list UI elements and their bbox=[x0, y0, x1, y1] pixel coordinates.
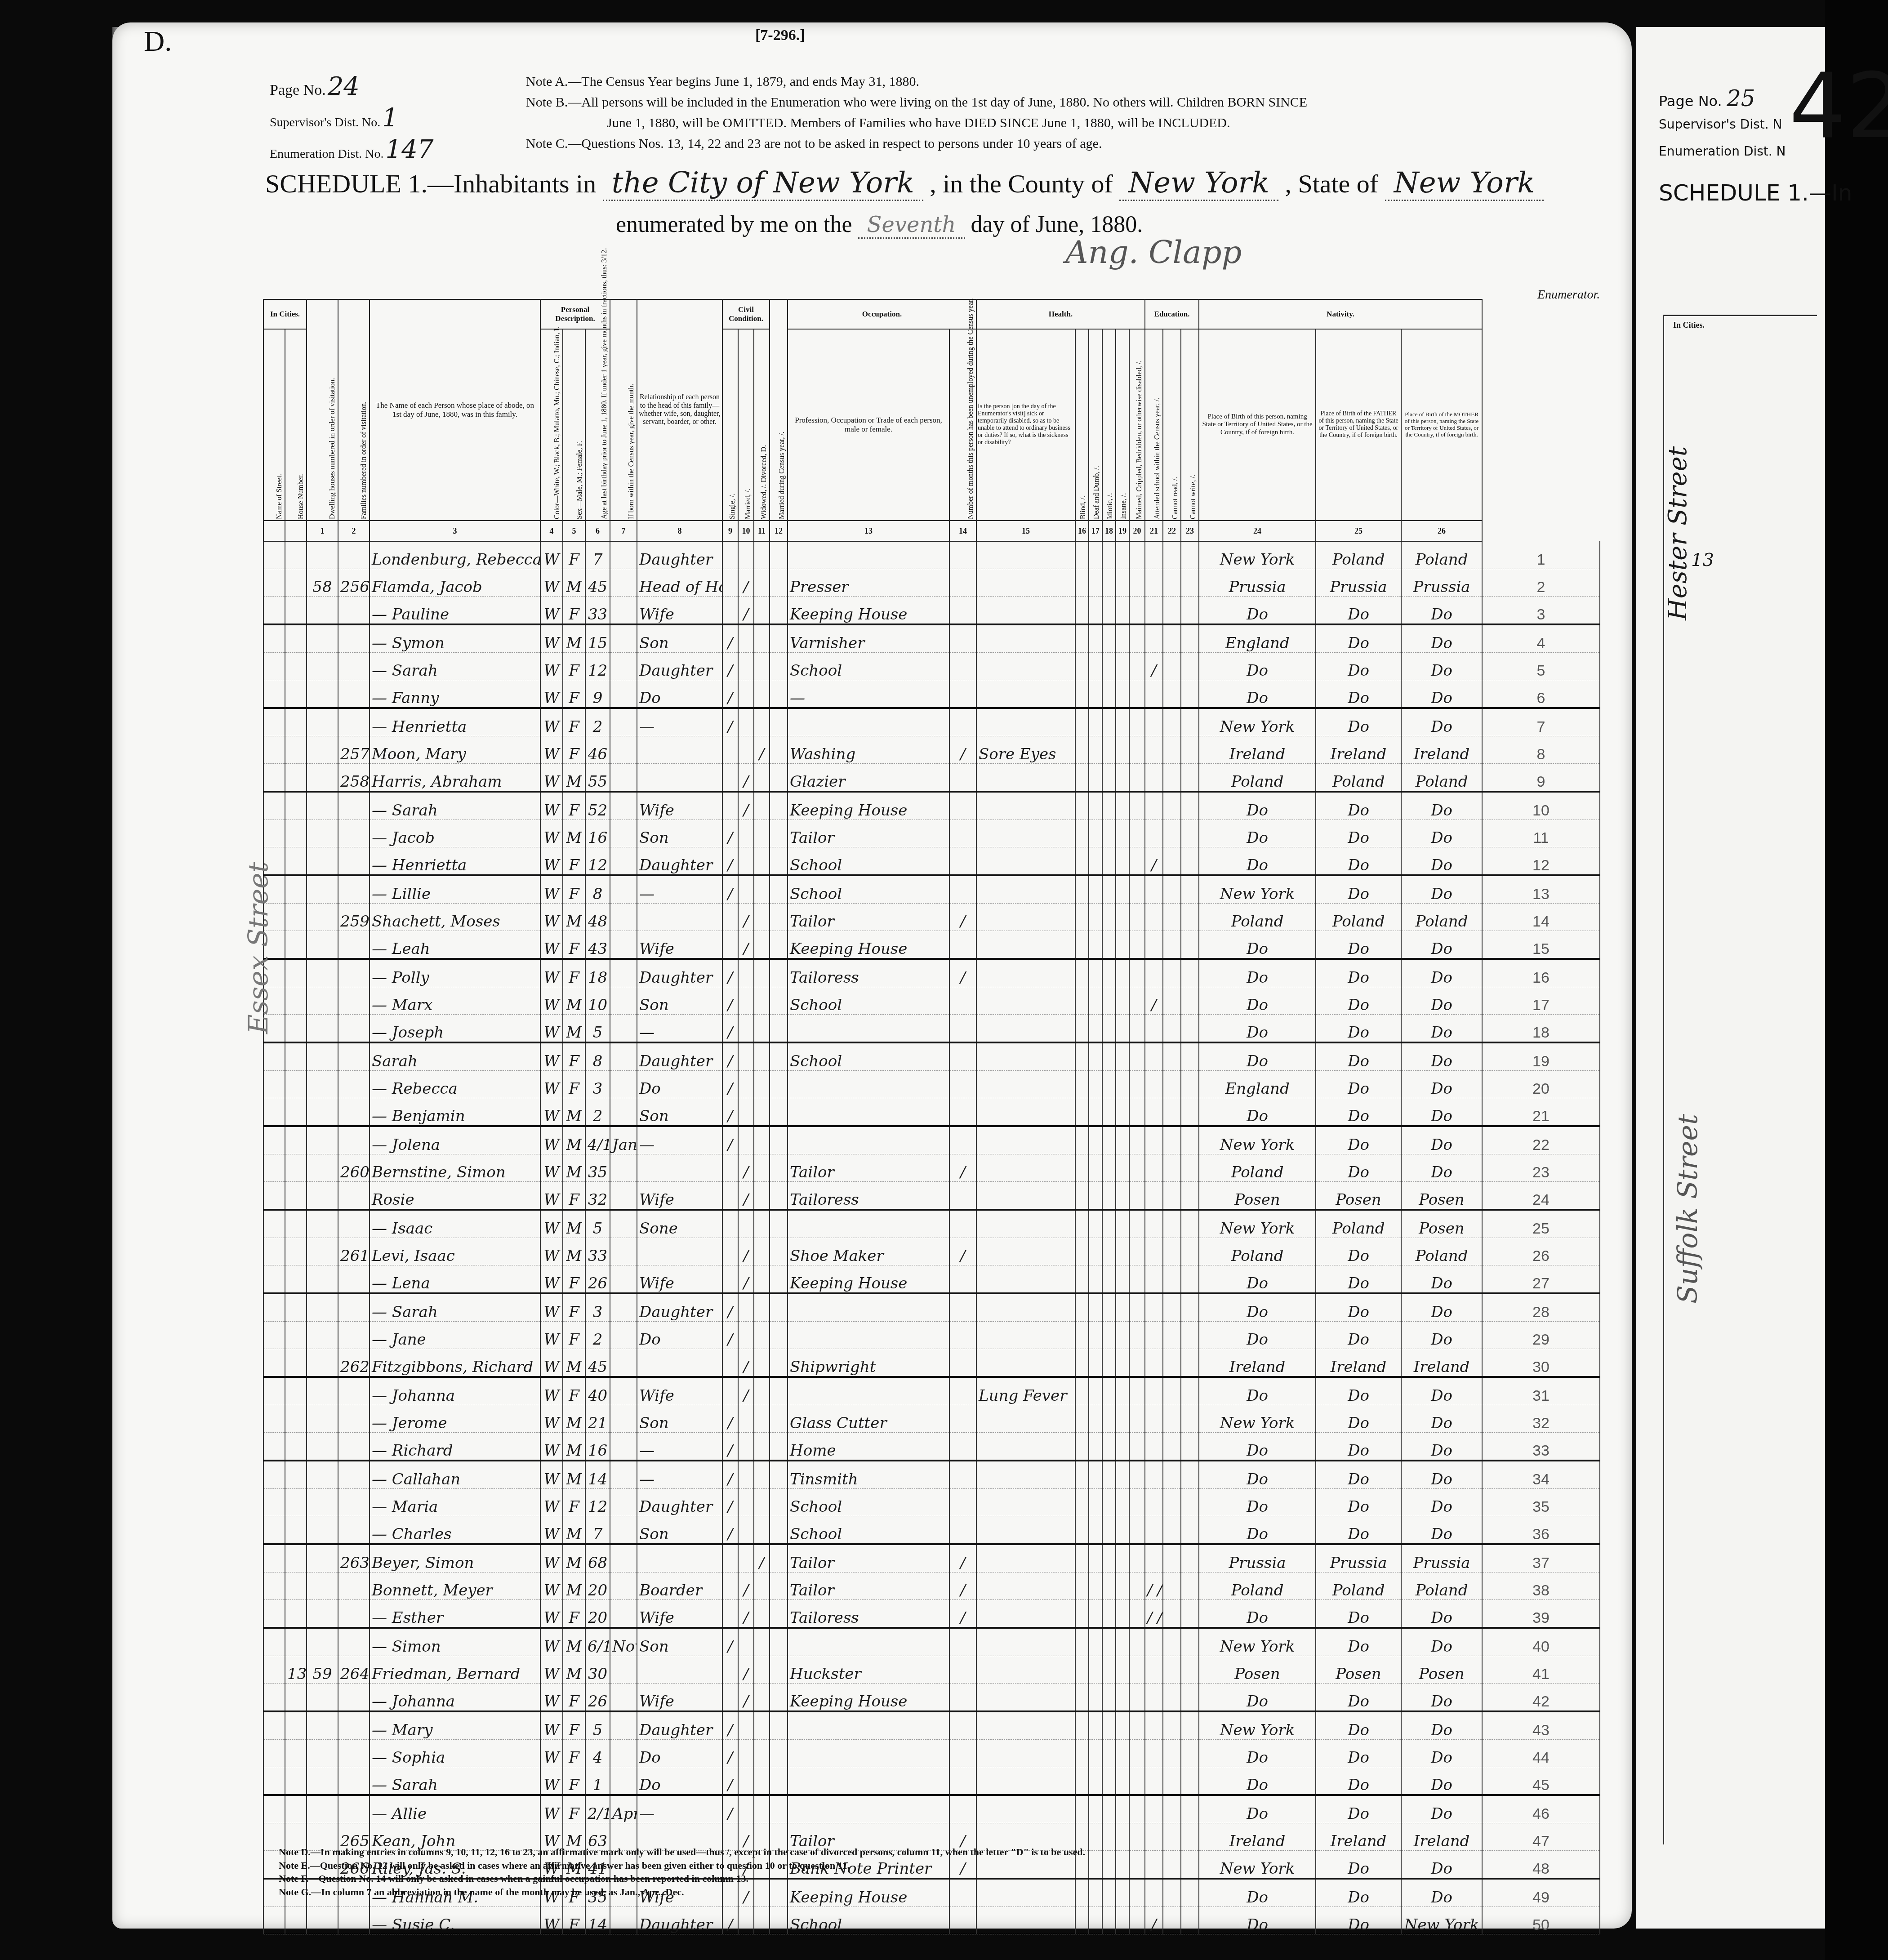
column-number: 19 bbox=[1116, 521, 1129, 541]
cell-mbp: Do bbox=[1401, 1377, 1482, 1405]
cell-occ: Tailoress bbox=[788, 1182, 949, 1210]
cell-school bbox=[1145, 1740, 1163, 1767]
cell-mbp: Do bbox=[1401, 1433, 1482, 1461]
cell-dwell bbox=[307, 1238, 338, 1265]
cell-maimed bbox=[1129, 959, 1145, 987]
cell-color: W bbox=[540, 820, 563, 847]
table-row: — MaryWF5Daughter/New YorkDoDo43 bbox=[263, 1711, 1600, 1740]
note-e: Note E.—Question No. 12 will only be ask… bbox=[279, 1859, 1085, 1872]
cell-fam bbox=[338, 931, 370, 959]
cell-blind bbox=[1075, 1516, 1089, 1545]
footnotes: Note D.—In making entries in columns 9, … bbox=[279, 1845, 1085, 1899]
group-in-cities: In Cities. bbox=[263, 299, 307, 329]
row-number: 17 bbox=[1482, 987, 1600, 1015]
cell-school bbox=[1145, 1126, 1163, 1154]
cell-insane bbox=[1116, 1907, 1129, 1934]
cell-occ bbox=[788, 1098, 949, 1127]
cell-mbp: Ireland bbox=[1401, 1349, 1482, 1377]
cell-color: W bbox=[540, 1098, 563, 1127]
cell-blind bbox=[1075, 1154, 1089, 1182]
table-row: — JosephWM5—/DoDoDo18 bbox=[263, 1015, 1600, 1043]
cell-insane bbox=[1116, 1210, 1129, 1238]
cell-insane bbox=[1116, 1154, 1129, 1182]
cell-maimed bbox=[1129, 1879, 1145, 1907]
cell-single bbox=[722, 1572, 738, 1600]
margin-street-name: Essex Street bbox=[243, 862, 274, 1034]
cell-street bbox=[263, 1516, 285, 1545]
cell-fam bbox=[338, 708, 370, 736]
cell-idiotic bbox=[1102, 987, 1116, 1015]
cell-color: W bbox=[540, 1293, 563, 1322]
cell-house bbox=[285, 1684, 307, 1712]
census-rows: Londenburg, RebeccaWF7DaughterNew YorkPo… bbox=[263, 541, 1600, 1934]
table-row: — LenaWF26Wife/Keeping HouseDoDoDo27 bbox=[263, 1265, 1600, 1294]
cell-street bbox=[263, 764, 285, 792]
census-table: In Cities. Dwelling houses numbered in o… bbox=[263, 299, 1600, 1934]
cell-sex: F bbox=[563, 1711, 585, 1740]
row-number: 49 bbox=[1482, 1879, 1600, 1907]
cell-dwell bbox=[307, 1711, 338, 1740]
cell-idiotic bbox=[1102, 792, 1116, 820]
cell-rel: Son bbox=[637, 987, 722, 1015]
cell-insane bbox=[1116, 904, 1129, 931]
cell-cantread bbox=[1163, 1377, 1181, 1405]
row-number: 42 bbox=[1482, 1684, 1600, 1712]
column-number: 13 bbox=[788, 521, 949, 541]
row-number: 29 bbox=[1482, 1322, 1600, 1349]
cell-maimed bbox=[1129, 875, 1145, 904]
cell-marriedyr bbox=[770, 1098, 788, 1127]
cell-bp: Do bbox=[1199, 1433, 1316, 1461]
cell-single bbox=[722, 1154, 738, 1182]
cell-fbp: Do bbox=[1316, 1907, 1401, 1934]
section-letter: D. bbox=[144, 25, 172, 58]
cell-sex: M bbox=[563, 820, 585, 847]
cell-dwell bbox=[307, 1489, 338, 1516]
cell-bp: Poland bbox=[1199, 1572, 1316, 1600]
cell-fbp: Do bbox=[1316, 1489, 1401, 1516]
col-1-header: Dwelling houses numbered in order of vis… bbox=[307, 299, 338, 521]
cell-color: W bbox=[540, 736, 563, 764]
table-row: — RichardWM16—/HomeDoDoDo33 bbox=[263, 1433, 1600, 1461]
cell-sick bbox=[976, 1433, 1075, 1461]
cell-insane bbox=[1116, 1572, 1129, 1600]
cell-fbp: Do bbox=[1316, 680, 1401, 708]
table-row: — SymonWM15Son/VarnisherEnglandDoDo4 bbox=[263, 624, 1600, 653]
note-g: Note G.—In column 7 an abbreviation in t… bbox=[279, 1885, 1085, 1899]
cell-mbp: Do bbox=[1401, 792, 1482, 820]
table-row: 257Moon, MaryWF46/Washing/Sore EyesIrela… bbox=[263, 736, 1600, 764]
cell-street bbox=[263, 1795, 285, 1823]
cell-maimed bbox=[1129, 1098, 1145, 1127]
cell-color: W bbox=[540, 931, 563, 959]
cell-sick bbox=[976, 541, 1075, 569]
cell-street bbox=[263, 1489, 285, 1516]
row-number: 37 bbox=[1482, 1544, 1600, 1572]
row-number: 38 bbox=[1482, 1572, 1600, 1600]
cell-street bbox=[263, 680, 285, 708]
col-26-header: Place of Birth of the MOTHER of this per… bbox=[1401, 329, 1482, 521]
group-civil: Civil Condition. bbox=[722, 299, 770, 329]
cell-rel: Do bbox=[637, 680, 722, 708]
cell-insane bbox=[1116, 875, 1129, 904]
column-number: 10 bbox=[738, 521, 754, 541]
cell-school bbox=[1145, 1823, 1163, 1851]
cell-marriedyr bbox=[770, 1154, 788, 1182]
cell-sex: F bbox=[563, 1071, 585, 1098]
cell-maimed bbox=[1129, 1628, 1145, 1656]
cell-cantread bbox=[1163, 541, 1181, 569]
cell-cantwrite bbox=[1181, 1684, 1199, 1712]
cell-maimed bbox=[1129, 792, 1145, 820]
cell-marriedyr bbox=[770, 1767, 788, 1795]
cell-bp: Poland bbox=[1199, 904, 1316, 931]
cell-sex: F bbox=[563, 1182, 585, 1210]
cell-cantread bbox=[1163, 1349, 1181, 1377]
cell-street bbox=[263, 1293, 285, 1322]
cell-widowed bbox=[754, 1767, 770, 1795]
cell-age: 12 bbox=[585, 1489, 610, 1516]
cell-age: 16 bbox=[585, 820, 610, 847]
cell-cantread bbox=[1163, 847, 1181, 876]
cell-house bbox=[285, 1600, 307, 1628]
cell-fbp: Do bbox=[1316, 959, 1401, 987]
cell-blind bbox=[1075, 1071, 1089, 1098]
cell-name: — Lena bbox=[370, 1265, 540, 1294]
cell-street bbox=[263, 1265, 285, 1294]
table-row: — SarahWF1Do/DoDoDo45 bbox=[263, 1767, 1600, 1795]
cell-sick bbox=[976, 1210, 1075, 1238]
cell-sex: M bbox=[563, 1238, 585, 1265]
row-number: 27 bbox=[1482, 1265, 1600, 1294]
cell-deaf bbox=[1089, 1126, 1102, 1154]
cell-idiotic bbox=[1102, 1461, 1116, 1489]
cell-dwell bbox=[307, 1071, 338, 1098]
table-row: — JacobWM16Son/TailorDoDoDo11 bbox=[263, 820, 1600, 847]
cell-single: / bbox=[722, 1461, 738, 1489]
cell-rel bbox=[637, 1154, 722, 1182]
cell-fam bbox=[338, 653, 370, 680]
cell-widowed bbox=[754, 1516, 770, 1545]
table-row: — HenriettaWF2—/New YorkDoDo7 bbox=[263, 708, 1600, 736]
cell-sex: F bbox=[563, 1293, 585, 1322]
cell-marriedyr bbox=[770, 1322, 788, 1349]
cell-marriedyr bbox=[770, 1516, 788, 1545]
cell-mbp: Do bbox=[1401, 1126, 1482, 1154]
cell-maimed bbox=[1129, 904, 1145, 931]
cell-sick bbox=[976, 1740, 1075, 1767]
col-15-header: Is the person [on the day of the Enumera… bbox=[976, 329, 1075, 521]
cell-name: Fitzgibbons, Richard bbox=[370, 1349, 540, 1377]
cell-dwell bbox=[307, 1684, 338, 1712]
cell-name: Bernstine, Simon bbox=[370, 1154, 540, 1182]
cell-color: W bbox=[540, 1405, 563, 1433]
cell-idiotic bbox=[1102, 904, 1116, 931]
cell-cantwrite bbox=[1181, 1071, 1199, 1098]
cell-fbp: Do bbox=[1316, 1795, 1401, 1823]
cell-month bbox=[610, 1293, 637, 1322]
cell-month bbox=[610, 569, 637, 597]
cell-month bbox=[610, 904, 637, 931]
cell-rel bbox=[637, 736, 722, 764]
cell-blind bbox=[1075, 792, 1089, 820]
cell-month bbox=[610, 1071, 637, 1098]
note-f: Note F.—Question No. 14 will only be ask… bbox=[279, 1872, 1085, 1885]
column-number: 16 bbox=[1075, 521, 1089, 541]
cell-sex: F bbox=[563, 847, 585, 876]
cell-fbp: Do bbox=[1316, 1767, 1401, 1795]
cell-marriedyr bbox=[770, 1600, 788, 1628]
cell-single: / bbox=[722, 1293, 738, 1322]
cell-marriedyr bbox=[770, 708, 788, 736]
col-street-header: Name of Street. bbox=[263, 329, 285, 521]
row-number: 40 bbox=[1482, 1628, 1600, 1656]
cell-street bbox=[263, 1071, 285, 1098]
cell-school bbox=[1145, 1711, 1163, 1740]
cell-unemp bbox=[949, 624, 976, 653]
cell-sex: F bbox=[563, 1042, 585, 1071]
cell-idiotic bbox=[1102, 1405, 1116, 1433]
cell-unemp bbox=[949, 1015, 976, 1043]
cell-occ: School bbox=[788, 987, 949, 1015]
cell-occ: Keeping House bbox=[788, 931, 949, 959]
cell-sex: M bbox=[563, 1210, 585, 1238]
cell-maimed bbox=[1129, 1907, 1145, 1934]
cell-idiotic bbox=[1102, 1711, 1116, 1740]
cell-mbp: Do bbox=[1401, 1461, 1482, 1489]
col-4-header: Color—White, W.; Black, B.; Mulatto, Mu.… bbox=[540, 329, 563, 521]
cell-unemp bbox=[949, 1322, 976, 1349]
cell-mbp: Do bbox=[1401, 597, 1482, 625]
enumeration-dist-label: Enumeration Dist. No. bbox=[270, 147, 384, 161]
cell-cantwrite bbox=[1181, 1322, 1199, 1349]
cell-month bbox=[610, 1516, 637, 1545]
cell-deaf bbox=[1089, 1795, 1102, 1823]
cell-dwell bbox=[307, 736, 338, 764]
cell-single bbox=[722, 904, 738, 931]
cell-mbp: Do bbox=[1401, 708, 1482, 736]
cell-fbp: Do bbox=[1316, 1322, 1401, 1349]
column-number: 14 bbox=[949, 521, 976, 541]
cell-deaf bbox=[1089, 1740, 1102, 1767]
table-row: — JolenaWM4/12Jan—/New YorkDoDo22 bbox=[263, 1126, 1600, 1154]
cell-school bbox=[1145, 1210, 1163, 1238]
cell-single bbox=[722, 1349, 738, 1377]
cell-occ bbox=[788, 541, 949, 569]
cell-mbp: Ireland bbox=[1401, 736, 1482, 764]
cell-unemp bbox=[949, 1126, 976, 1154]
cell-single: / bbox=[722, 847, 738, 876]
cell-name: Harris, Abraham bbox=[370, 764, 540, 792]
cell-maimed bbox=[1129, 653, 1145, 680]
cell-age: 35 bbox=[585, 1154, 610, 1182]
cell-house bbox=[285, 904, 307, 931]
row-number: 44 bbox=[1482, 1740, 1600, 1767]
cell-widowed bbox=[754, 1377, 770, 1405]
cell-insane bbox=[1116, 847, 1129, 876]
cell-fam: 263 bbox=[338, 1544, 370, 1572]
cell-insane bbox=[1116, 1600, 1129, 1628]
cell-sex: F bbox=[563, 1600, 585, 1628]
cell-insane bbox=[1116, 653, 1129, 680]
table-row: Bonnett, MeyerWM20Boarder/Tailor// /Pola… bbox=[263, 1572, 1600, 1600]
cell-house bbox=[285, 1711, 307, 1740]
column-number: 18 bbox=[1102, 521, 1116, 541]
cell-rel: Daughter bbox=[637, 541, 722, 569]
next-house-number-top: 13 bbox=[1691, 550, 1714, 570]
cell-marriedyr bbox=[770, 597, 788, 625]
cell-dwell bbox=[307, 1544, 338, 1572]
cell-occ: School bbox=[788, 1042, 949, 1071]
cell-house bbox=[285, 820, 307, 847]
cell-unemp bbox=[949, 987, 976, 1015]
cell-blind bbox=[1075, 904, 1089, 931]
col-12-header: Married during Census year, /. bbox=[770, 299, 788, 521]
cell-single: / bbox=[722, 624, 738, 653]
cell-sick bbox=[976, 1516, 1075, 1545]
cell-idiotic bbox=[1102, 1656, 1116, 1684]
cell-married bbox=[738, 1433, 754, 1461]
cell-sick bbox=[976, 959, 1075, 987]
cell-dwell bbox=[307, 597, 338, 625]
cell-deaf bbox=[1089, 1433, 1102, 1461]
cell-widowed bbox=[754, 1210, 770, 1238]
col-2-header: Families numbered in order of visitation… bbox=[338, 299, 370, 521]
cell-color: W bbox=[540, 1572, 563, 1600]
cell-rel: Son bbox=[637, 820, 722, 847]
cell-widowed bbox=[754, 1740, 770, 1767]
cell-street bbox=[263, 1126, 285, 1154]
cell-fam bbox=[338, 1182, 370, 1210]
cell-widowed bbox=[754, 847, 770, 876]
cell-cantwrite bbox=[1181, 597, 1199, 625]
cell-occ: Tailoress bbox=[788, 959, 949, 987]
table-row: — AllieWF2/12Apr—/DoDoDo46 bbox=[263, 1795, 1600, 1823]
cell-cantread bbox=[1163, 1238, 1181, 1265]
cell-unemp bbox=[949, 820, 976, 847]
cell-cantwrite bbox=[1181, 1767, 1199, 1795]
col-5-header: Sex—Male, M.; Female, F. bbox=[563, 329, 585, 521]
cell-widowed bbox=[754, 820, 770, 847]
col-25-header: Place of Birth of the FATHER of this per… bbox=[1316, 329, 1401, 521]
cell-sick bbox=[976, 1656, 1075, 1684]
row-number: 48 bbox=[1482, 1851, 1600, 1879]
cell-month bbox=[610, 1405, 637, 1433]
cell-mbp: Do bbox=[1401, 1851, 1482, 1879]
cell-cantread bbox=[1163, 931, 1181, 959]
cell-name: — Rebecca bbox=[370, 1071, 540, 1098]
cell-occ: School bbox=[788, 1907, 949, 1934]
cell-rel: Daughter bbox=[637, 1489, 722, 1516]
note-b: Note B.—All persons will be included in … bbox=[526, 95, 1560, 116]
cell-rel: Wife bbox=[637, 1182, 722, 1210]
cell-married: / bbox=[738, 1600, 754, 1628]
cell-sex: F bbox=[563, 1767, 585, 1795]
cell-marriedyr bbox=[770, 792, 788, 820]
cell-house bbox=[285, 1795, 307, 1823]
cell-name: — Henrietta bbox=[370, 847, 540, 876]
cell-married: / bbox=[738, 1377, 754, 1405]
cell-mbp: Do bbox=[1401, 1740, 1482, 1767]
cell-fbp: Do bbox=[1316, 1154, 1401, 1182]
cell-insane bbox=[1116, 1071, 1129, 1098]
cell-cantwrite bbox=[1181, 1293, 1199, 1322]
cell-fbp: Posen bbox=[1316, 1656, 1401, 1684]
col-18-header: Idiotic, /. bbox=[1102, 329, 1116, 521]
cell-sick bbox=[976, 1907, 1075, 1934]
cell-color: W bbox=[540, 1544, 563, 1572]
cell-unemp bbox=[949, 1349, 976, 1377]
cell-idiotic bbox=[1102, 1210, 1116, 1238]
table-row: — Susie C.WF14Daughter/School/DoDoNew Yo… bbox=[263, 1907, 1600, 1934]
cell-idiotic bbox=[1102, 1042, 1116, 1071]
cell-cantwrite bbox=[1181, 1098, 1199, 1127]
cell-fbp: Poland bbox=[1316, 904, 1401, 931]
cell-sick bbox=[976, 1015, 1075, 1043]
cell-occ: Glass Cutter bbox=[788, 1405, 949, 1433]
cell-cantwrite bbox=[1181, 736, 1199, 764]
cell-single: / bbox=[722, 680, 738, 708]
cell-fbp: Do bbox=[1316, 1516, 1401, 1545]
cell-name: Friedman, Bernard bbox=[370, 1656, 540, 1684]
cell-cantread bbox=[1163, 1544, 1181, 1572]
cell-deaf bbox=[1089, 1098, 1102, 1127]
cell-rel: Wife bbox=[637, 1684, 722, 1712]
cell-cantwrite bbox=[1181, 1572, 1199, 1600]
cell-widowed bbox=[754, 680, 770, 708]
cell-blind bbox=[1075, 1656, 1089, 1684]
cell-month bbox=[610, 624, 637, 653]
cell-widowed bbox=[754, 1628, 770, 1656]
cell-bp: New York bbox=[1199, 708, 1316, 736]
cell-dwell bbox=[307, 1042, 338, 1071]
cell-school bbox=[1145, 1684, 1163, 1712]
cell-deaf bbox=[1089, 1042, 1102, 1071]
cell-widowed bbox=[754, 597, 770, 625]
cell-house bbox=[285, 1182, 307, 1210]
cell-widowed bbox=[754, 624, 770, 653]
cell-cantwrite bbox=[1181, 1349, 1199, 1377]
cell-single bbox=[722, 1377, 738, 1405]
cell-deaf bbox=[1089, 875, 1102, 904]
cell-marriedyr bbox=[770, 624, 788, 653]
cell-maimed bbox=[1129, 820, 1145, 847]
cell-fbp: Ireland bbox=[1316, 1823, 1401, 1851]
cell-idiotic bbox=[1102, 597, 1116, 625]
cell-sick bbox=[976, 764, 1075, 792]
cell-occ bbox=[788, 708, 949, 736]
cell-sick bbox=[976, 1322, 1075, 1349]
cell-marriedyr bbox=[770, 1071, 788, 1098]
cell-color: W bbox=[540, 1182, 563, 1210]
cell-house bbox=[285, 653, 307, 680]
cell-single: / bbox=[722, 1907, 738, 1934]
cell-unemp bbox=[949, 764, 976, 792]
cell-occ bbox=[788, 1126, 949, 1154]
col-9-header: Single, /. bbox=[722, 329, 738, 521]
cell-bp: New York bbox=[1199, 1405, 1316, 1433]
cell-mbp: Do bbox=[1401, 1767, 1482, 1795]
header-group-row: In Cities. Dwelling houses numbered in o… bbox=[263, 299, 1600, 329]
cell-deaf bbox=[1089, 820, 1102, 847]
cell-sick bbox=[976, 1265, 1075, 1294]
cell-sex: F bbox=[563, 541, 585, 569]
cell-married bbox=[738, 1795, 754, 1823]
cell-unemp bbox=[949, 1210, 976, 1238]
cell-street bbox=[263, 1042, 285, 1071]
cell-marriedyr bbox=[770, 1628, 788, 1656]
cell-cantread bbox=[1163, 1711, 1181, 1740]
